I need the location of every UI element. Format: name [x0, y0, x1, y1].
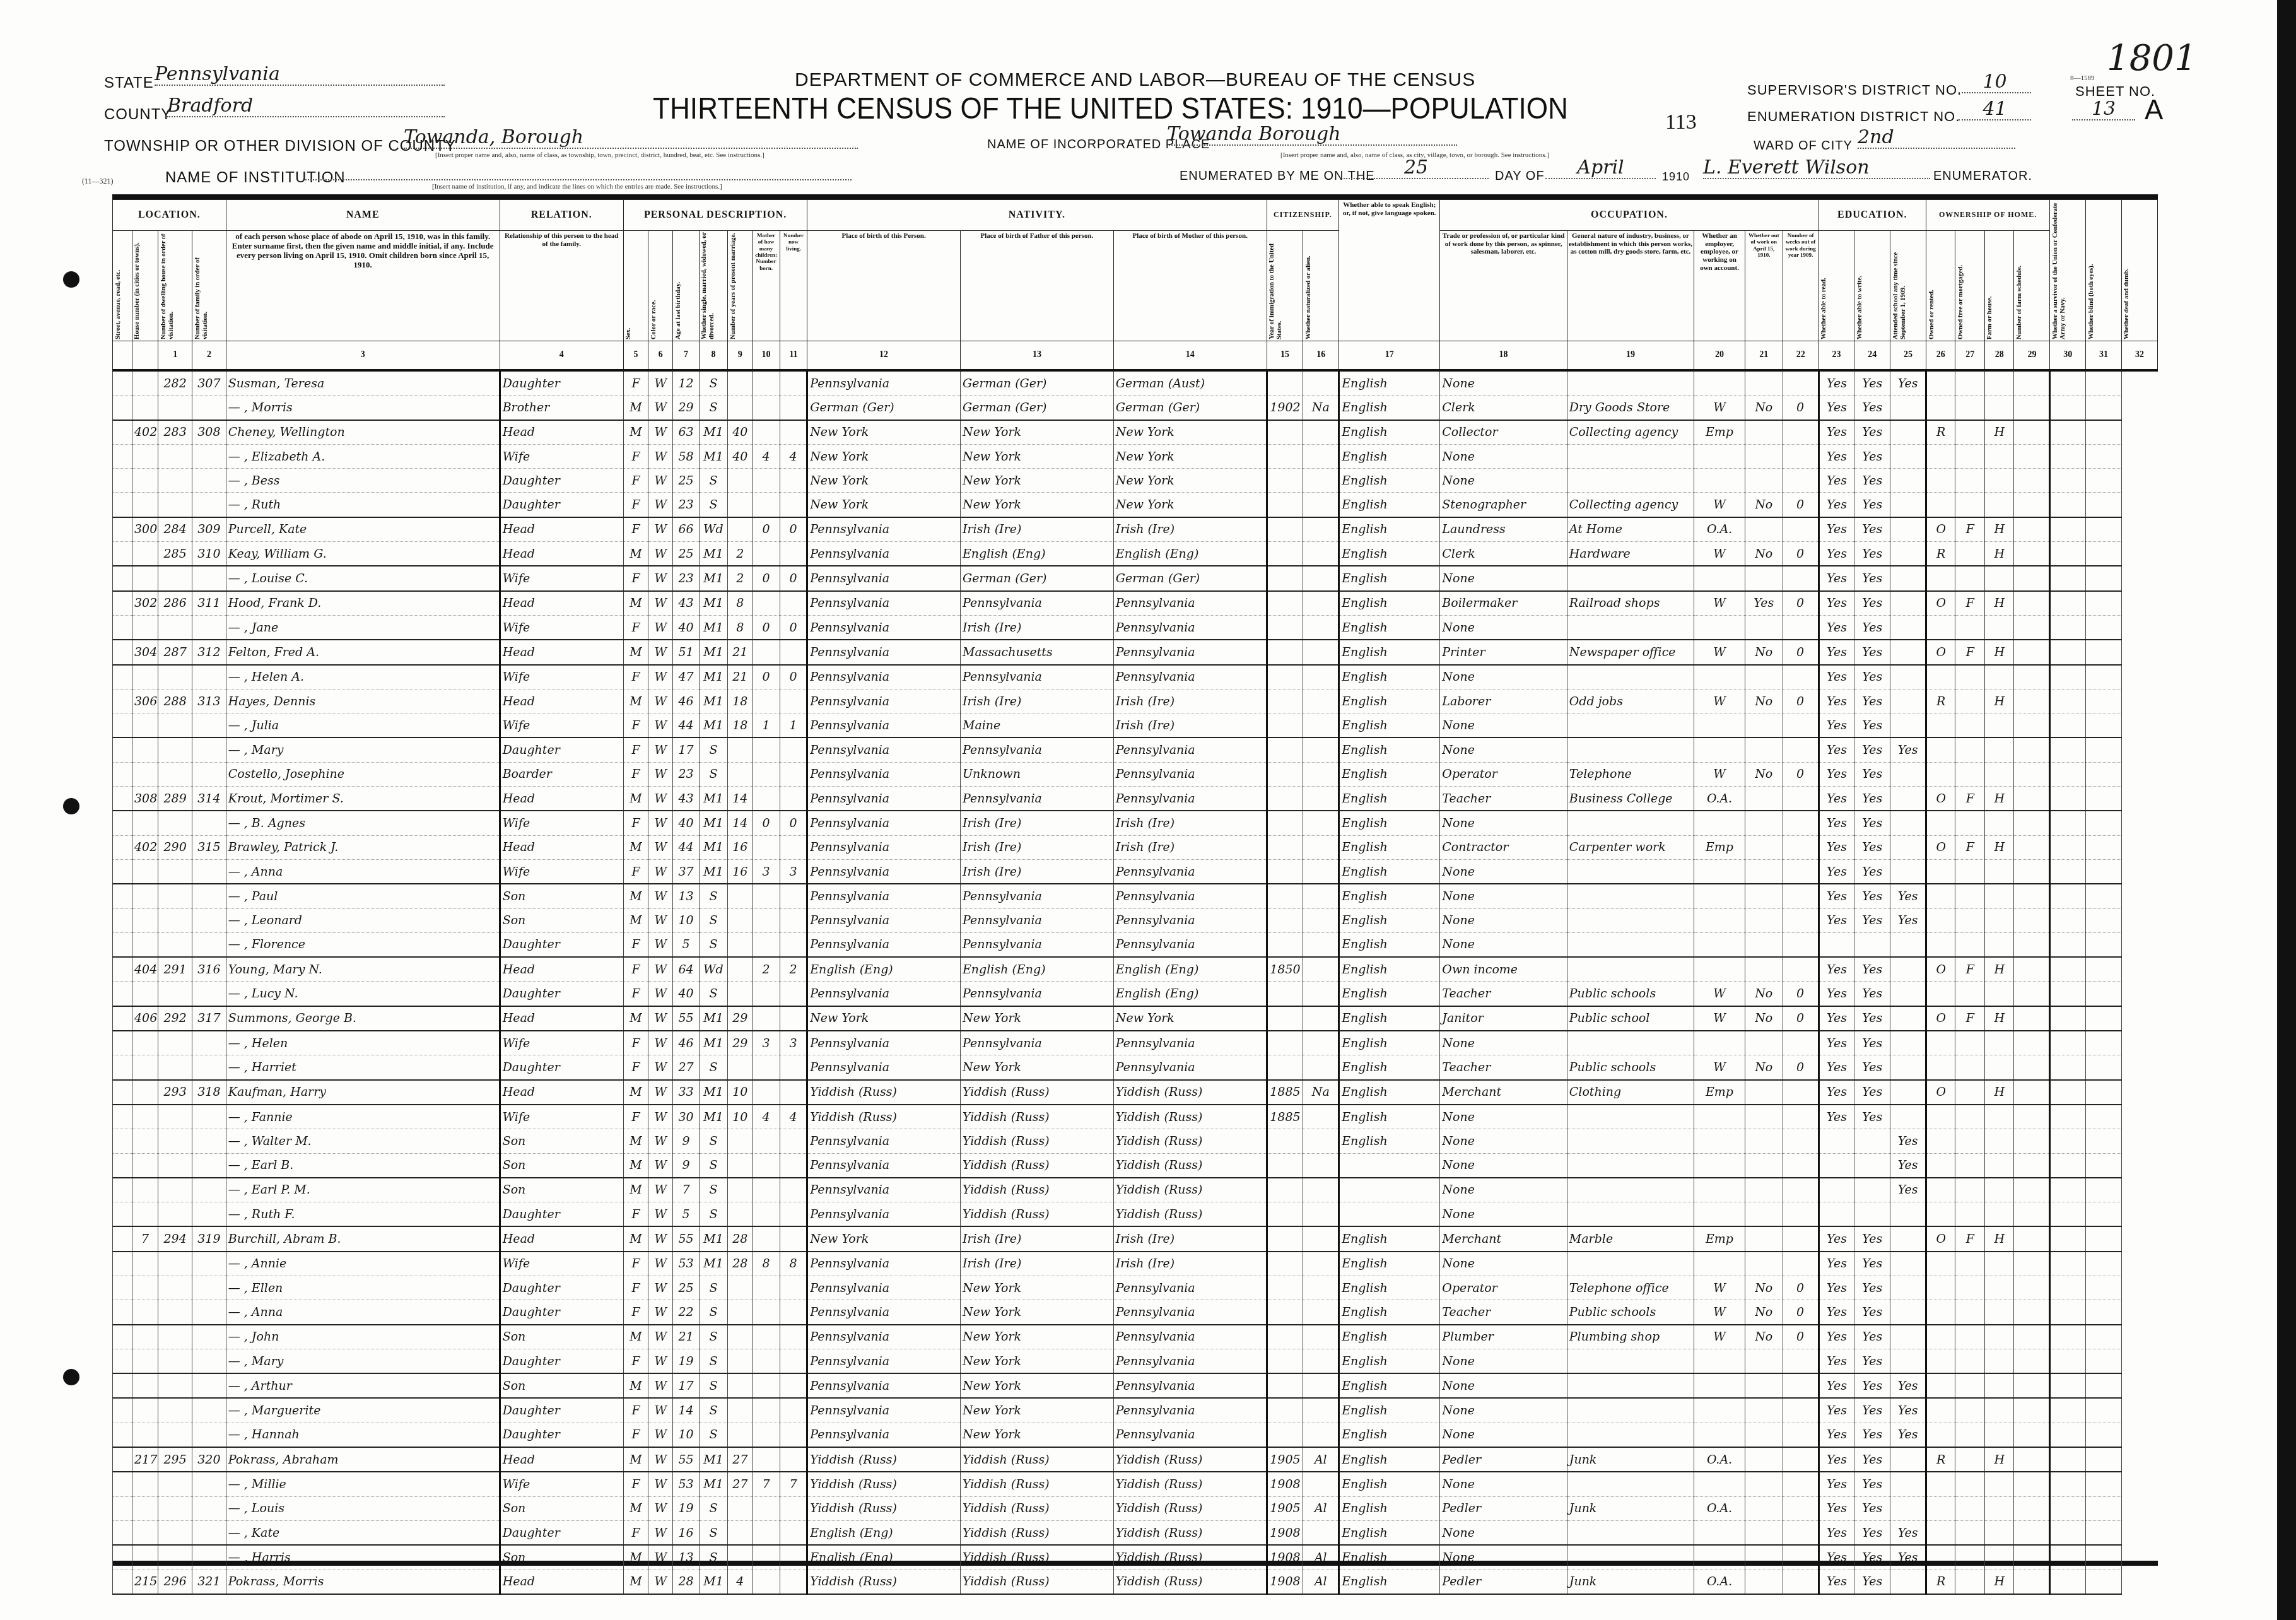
- cell-sex: F: [623, 370, 648, 396]
- cell-own: [1926, 1031, 1955, 1055]
- column-number: 11: [780, 341, 807, 371]
- cell-family: 309: [192, 517, 226, 542]
- cell-rel: Head: [500, 420, 623, 445]
- cell-imm: [1267, 932, 1303, 957]
- cell-industry: [1567, 811, 1694, 835]
- cell-empty: [2086, 493, 2122, 517]
- cell-mort: [1955, 1398, 1984, 1423]
- cell-weeks: [1783, 665, 1819, 690]
- cell-school: [1890, 1080, 1926, 1105]
- cell-empty: [2014, 1178, 2050, 1202]
- cell-write: Yes: [1854, 1031, 1890, 1055]
- cell-empty: [2014, 835, 2050, 859]
- cell-industry: [1567, 957, 1694, 982]
- cell-nat: [1303, 469, 1339, 493]
- col-17-header: Whether able to speak English; or, if no…: [1339, 200, 1440, 341]
- cell-sex: M: [623, 908, 648, 932]
- cell-emp: W: [1694, 1276, 1745, 1300]
- cell-lang: English: [1339, 370, 1440, 396]
- cell-ms: M1: [699, 615, 727, 640]
- cell-imm: [1267, 1252, 1303, 1276]
- cell-yrs: [728, 396, 753, 420]
- cell-imm: 1908: [1267, 1545, 1303, 1570]
- cell-living: 4: [780, 444, 807, 468]
- cell-living: [780, 1496, 807, 1520]
- cell-yrs: [728, 1349, 753, 1373]
- cell-race: W: [648, 1031, 673, 1055]
- cell-industry: [1567, 884, 1694, 908]
- cell-dwelling: 293: [158, 1080, 192, 1105]
- cell-sex: F: [623, 982, 648, 1006]
- cell-sex: M: [623, 1129, 648, 1153]
- cell-weeks: [1783, 1373, 1819, 1398]
- cell-empty: [2050, 859, 2086, 884]
- cell-own: R: [1926, 689, 1955, 713]
- cell-empty: [2086, 591, 2122, 616]
- cell-yrs: 4: [728, 1570, 753, 1594]
- cell-age: 58: [673, 444, 699, 468]
- cell-born: [753, 469, 780, 493]
- cell-empty: [2050, 1570, 2086, 1594]
- cell-nat: [1303, 615, 1339, 640]
- cell-own: [1926, 1545, 1955, 1570]
- cell-family: [192, 713, 226, 738]
- column-number: 24: [1854, 341, 1890, 371]
- cell-born: [753, 1202, 780, 1227]
- cell-imm: [1267, 420, 1303, 445]
- cell-school: [1890, 420, 1926, 445]
- binder-hole: [63, 1369, 79, 1385]
- col-31-header: Whether blind (both eyes).: [2086, 200, 2122, 341]
- cell-weeks: [1783, 420, 1819, 445]
- cell-industry: At Home: [1567, 517, 1694, 542]
- cell-sex: F: [623, 1252, 648, 1276]
- cell-empty: [2086, 689, 2122, 713]
- table-row: 293318Kaufman, HarryHeadMW33M110Yiddish …: [113, 1080, 2158, 1105]
- cell-pobf: Irish (Ire): [961, 517, 1114, 542]
- cell-empty: [2050, 591, 2086, 616]
- col-1-header: Number of dwelling house in order of vis…: [158, 231, 192, 341]
- cell-empty: [113, 1447, 132, 1472]
- cell-dwelling: [158, 444, 192, 468]
- cell-lang: English: [1339, 566, 1440, 590]
- cell-industry: [1567, 1105, 1694, 1129]
- cell-yrs: [728, 957, 753, 982]
- cell-nat: [1303, 1373, 1339, 1398]
- cell-empty: [113, 908, 132, 932]
- cell-pobf: Pennsylvania: [961, 982, 1114, 1006]
- cell-pobf: Pennsylvania: [961, 737, 1114, 762]
- cell-lang: English: [1339, 859, 1440, 884]
- cell-emp: [1694, 469, 1745, 493]
- cell-trade: Collector: [1440, 420, 1567, 445]
- cell-industry: [1567, 1423, 1694, 1447]
- cell-pobm: New York: [1113, 420, 1267, 445]
- cell-age: 5: [673, 932, 699, 957]
- group-ownership: OWNERSHIP OF HOME.: [1926, 200, 2050, 231]
- cell-age: 44: [673, 713, 699, 738]
- cell-nat: [1303, 835, 1339, 859]
- cell-name: — , Earl P. M.: [226, 1178, 500, 1202]
- cell-pobm: New York: [1113, 1006, 1267, 1031]
- cell-house: [132, 908, 158, 932]
- cell-read: [1819, 1178, 1854, 1202]
- cell-empty: [2086, 1153, 2122, 1178]
- institution-note: [Insert name of institution, if any, and…: [432, 183, 722, 191]
- cell-empty: [113, 1055, 132, 1080]
- cell-ms: Wd: [699, 957, 727, 982]
- cell-age: 27: [673, 1055, 699, 1080]
- cell-farm: [1984, 932, 2013, 957]
- cell-pobf: Maine: [961, 713, 1114, 738]
- cell-farm: [1984, 615, 2013, 640]
- table-row: — , EllenDaughterFW25SPennsylvaniaNew Yo…: [113, 1276, 2158, 1300]
- enumerated-day-field: 25: [1344, 156, 1489, 179]
- table-row: — , AnnaWifeFW37M11633PennsylvaniaIrish …: [113, 859, 2158, 884]
- cell-yrs: 10: [728, 1080, 753, 1105]
- column-number: 25: [1890, 341, 1926, 371]
- cell-pobm: Pennsylvania: [1113, 1398, 1267, 1423]
- cell-yrs: 10: [728, 1105, 753, 1129]
- cell-empty: [2050, 1080, 2086, 1105]
- cell-mort: [1955, 1423, 1984, 1447]
- cell-trade: Teacher: [1440, 1055, 1567, 1080]
- cell-empty: [2014, 370, 2050, 396]
- cell-trade: None: [1440, 469, 1567, 493]
- cell-weeks: [1783, 835, 1819, 859]
- cell-farm: H: [1984, 517, 2013, 542]
- cell-rel: Head: [500, 1080, 623, 1105]
- county-label: County: [104, 106, 172, 124]
- cell-pobf: New York: [961, 469, 1114, 493]
- cell-living: 3: [780, 1031, 807, 1055]
- cell-age: 40: [673, 982, 699, 1006]
- column-number: 3: [226, 341, 500, 371]
- cell-lang: English: [1339, 1325, 1440, 1349]
- cell-industry: Junk: [1567, 1496, 1694, 1520]
- cell-out: No: [1745, 689, 1783, 713]
- cell-lang: English: [1339, 787, 1440, 811]
- cell-mort: [1955, 1447, 1984, 1472]
- cell-empty: [2086, 713, 2122, 738]
- cell-empty: [113, 1202, 132, 1227]
- cell-weeks: [1783, 1447, 1819, 1472]
- cell-sex: F: [623, 737, 648, 762]
- cell-school: [1890, 1325, 1926, 1349]
- cell-born: [753, 1129, 780, 1153]
- state-field: Pennsylvania: [155, 63, 445, 86]
- cell-nat: [1303, 859, 1339, 884]
- cell-mort: [1955, 396, 1984, 420]
- cell-lang: [1339, 1153, 1440, 1178]
- cell-empty: [2014, 811, 2050, 835]
- cell-out: [1745, 859, 1783, 884]
- cell-empty: [2014, 689, 2050, 713]
- cell-imm: [1267, 542, 1303, 566]
- cell-pobf: Pennsylvania: [961, 884, 1114, 908]
- cell-born: [753, 689, 780, 713]
- cell-industry: [1567, 1520, 1694, 1545]
- cell-race: W: [648, 1226, 673, 1251]
- cell-trade: Plumber: [1440, 1325, 1567, 1349]
- cell-empty: [2086, 1325, 2122, 1349]
- cell-lang: English: [1339, 1276, 1440, 1300]
- cell-pobm: Pennsylvania: [1113, 1055, 1267, 1080]
- cell-ms: S: [699, 1129, 727, 1153]
- cell-house: 7: [132, 1226, 158, 1251]
- cell-trade: Merchant: [1440, 1226, 1567, 1251]
- cell-farm: [1984, 1300, 2013, 1325]
- cell-age: 25: [673, 1276, 699, 1300]
- cell-out: [1745, 1178, 1783, 1202]
- cell-imm: [1267, 640, 1303, 664]
- cell-empty: [2050, 811, 2086, 835]
- cell-yrs: 2: [728, 542, 753, 566]
- cell-farm: [1984, 1423, 2013, 1447]
- table-row: — , KateDaughterFW16SEnglish (Eng)Yiddis…: [113, 1520, 2158, 1545]
- cell-yrs: 2: [728, 566, 753, 590]
- cell-pobf: Massachusetts: [961, 640, 1114, 664]
- cell-living: [780, 1055, 807, 1080]
- cell-ms: S: [699, 469, 727, 493]
- cell-empty: [2086, 1226, 2122, 1251]
- cell-family: [192, 1496, 226, 1520]
- cell-dwelling: [158, 1349, 192, 1373]
- cell-mort: F: [1955, 787, 1984, 811]
- cell-living: 8: [780, 1252, 807, 1276]
- cell-emp: W: [1694, 689, 1745, 713]
- cell-read: Yes: [1819, 493, 1854, 517]
- cell-own: O: [1926, 957, 1955, 982]
- cell-pob: Pennsylvania: [807, 1373, 961, 1398]
- cell-out: [1745, 1472, 1783, 1496]
- cell-emp: [1694, 1129, 1745, 1153]
- cell-ms: M1: [699, 665, 727, 690]
- cell-born: [753, 1570, 780, 1594]
- cell-rel: Daughter: [500, 1349, 623, 1373]
- cell-empty: [2050, 1006, 2086, 1031]
- cell-farm: H: [1984, 1447, 2013, 1472]
- cell-imm: [1267, 1226, 1303, 1251]
- cell-school: Yes: [1890, 1423, 1926, 1447]
- cell-empty: [2014, 859, 2050, 884]
- cell-living: [780, 1006, 807, 1031]
- cell-ms: S: [699, 1276, 727, 1300]
- cell-empty: [2050, 762, 2086, 786]
- cell-family: [192, 1472, 226, 1496]
- cell-pobf: New York: [961, 1300, 1114, 1325]
- cell-own: [1926, 1055, 1955, 1080]
- cell-empty: [2050, 982, 2086, 1006]
- cell-house: 404: [132, 957, 158, 982]
- cell-out: [1745, 787, 1783, 811]
- cell-name: — , B. Agnes: [226, 811, 500, 835]
- cell-imm: [1267, 444, 1303, 468]
- cell-nat: [1303, 517, 1339, 542]
- cell-read: Yes: [1819, 835, 1854, 859]
- cell-dwelling: [158, 762, 192, 786]
- cell-pobm: Pennsylvania: [1113, 932, 1267, 957]
- cell-rel: Son: [500, 1178, 623, 1202]
- cell-mort: [1955, 1178, 1984, 1202]
- column-number: 6: [648, 341, 673, 371]
- cell-house: [132, 615, 158, 640]
- cell-name: — , Morris: [226, 396, 500, 420]
- cell-ms: Wd: [699, 517, 727, 542]
- cell-school: [1890, 396, 1926, 420]
- scan-edge: [2277, 0, 2296, 1620]
- cell-out: [1745, 1129, 1783, 1153]
- cell-imm: [1267, 1153, 1303, 1178]
- cell-dwelling: [158, 1202, 192, 1227]
- cell-read: Yes: [1819, 469, 1854, 493]
- cell-mort: [1955, 542, 1984, 566]
- cell-rel: Head: [500, 640, 623, 664]
- cell-empty: [2014, 1129, 2050, 1153]
- table-row: — , RuthDaughterFW23SNew YorkNew YorkNew…: [113, 493, 2158, 517]
- cell-dwelling: [158, 1153, 192, 1178]
- cell-pobf: New York: [961, 1325, 1114, 1349]
- cell-rel: Wife: [500, 1252, 623, 1276]
- cell-trade: None: [1440, 1373, 1567, 1398]
- col-21-header: Whether out of work on April 15, 1910.: [1745, 231, 1783, 341]
- table-row: 308289314Krout, Mortimer S.HeadMW43M114P…: [113, 787, 2158, 811]
- cell-pobf: New York: [961, 1055, 1114, 1080]
- month-field: April: [1545, 156, 1656, 179]
- cell-pobm: Irish (Ire): [1113, 689, 1267, 713]
- table-row: 215296321Pokrass, MorrisHeadMW28M14Yiddi…: [113, 1570, 2158, 1594]
- cell-write: Yes: [1854, 884, 1890, 908]
- cell-read: Yes: [1819, 566, 1854, 590]
- cell-age: 55: [673, 1006, 699, 1031]
- cell-school: [1890, 591, 1926, 616]
- cell-out: No: [1745, 640, 1783, 664]
- cell-pobm: Pennsylvania: [1113, 640, 1267, 664]
- cell-emp: W: [1694, 542, 1745, 566]
- cell-school: Yes: [1890, 1545, 1926, 1570]
- cell-pob: Pennsylvania: [807, 1031, 961, 1055]
- cell-mort: [1955, 689, 1984, 713]
- cell-out: [1745, 1252, 1783, 1276]
- cell-emp: [1694, 1105, 1745, 1129]
- table-row: — , JohnSonMW21SPennsylvaniaNew YorkPenn…: [113, 1325, 2158, 1349]
- cell-empty: [2014, 396, 2050, 420]
- cell-imm: 1908: [1267, 1570, 1303, 1594]
- cell-write: Yes: [1854, 1226, 1890, 1251]
- cell-farm: [1984, 859, 2013, 884]
- cell-empty: [113, 542, 132, 566]
- cell-yrs: [728, 1373, 753, 1398]
- cell-read: Yes: [1819, 396, 1854, 420]
- cell-own: [1926, 1105, 1955, 1129]
- cell-own: [1926, 982, 1955, 1006]
- table-row: — , MargueriteDaughterFW14SPennsylvaniaN…: [113, 1398, 2158, 1423]
- cell-sex: F: [623, 713, 648, 738]
- cell-house: [132, 1105, 158, 1129]
- cell-trade: None: [1440, 1349, 1567, 1373]
- cell-empty: [2050, 932, 2086, 957]
- cell-living: [780, 1398, 807, 1423]
- column-number: 14: [1113, 341, 1267, 371]
- cell-living: [780, 1447, 807, 1472]
- cell-pobm: Pennsylvania: [1113, 1423, 1267, 1447]
- cell-age: 5: [673, 1202, 699, 1227]
- cell-weeks: [1783, 737, 1819, 762]
- cell-born: 3: [753, 859, 780, 884]
- column-number: 19: [1567, 341, 1694, 371]
- cell-own: [1926, 737, 1955, 762]
- cell-empty: [2014, 1373, 2050, 1398]
- cell-industry: [1567, 737, 1694, 762]
- cell-read: Yes: [1819, 1496, 1854, 1520]
- cell-trade: None: [1440, 444, 1567, 468]
- cell-school: [1890, 1006, 1926, 1031]
- cell-empty: [2086, 859, 2122, 884]
- cell-empty: [113, 665, 132, 690]
- table-row: — , Elizabeth A.WifeFW58M14044New YorkNe…: [113, 444, 2158, 468]
- cell-weeks: [1783, 713, 1819, 738]
- cell-race: W: [648, 370, 673, 396]
- cell-empty: [113, 932, 132, 957]
- cell-emp: [1694, 1153, 1745, 1178]
- cell-race: W: [648, 1080, 673, 1105]
- cell-write: Yes: [1854, 591, 1890, 616]
- cell-empty: [2014, 1545, 2050, 1570]
- cell-born: 0: [753, 566, 780, 590]
- cell-school: [1890, 957, 1926, 982]
- cell-pobf: Yiddish (Russ): [961, 1080, 1114, 1105]
- cell-race: W: [648, 566, 673, 590]
- cell-mort: [1955, 1373, 1984, 1398]
- cell-farm: [1984, 1496, 2013, 1520]
- cell-empty: [113, 811, 132, 835]
- cell-school: [1890, 542, 1926, 566]
- cell-weeks: [1783, 1496, 1819, 1520]
- cell-empty: [2014, 1105, 2050, 1129]
- cell-lang: English: [1339, 1349, 1440, 1373]
- cell-empty: [2014, 762, 2050, 786]
- cell-pobf: Yiddish (Russ): [961, 1202, 1114, 1227]
- cell-pob: Pennsylvania: [807, 811, 961, 835]
- cell-own: [1926, 762, 1955, 786]
- cell-school: [1890, 1105, 1926, 1129]
- cell-name: — , Hannah: [226, 1423, 500, 1447]
- cell-pob: Yiddish (Russ): [807, 1570, 961, 1594]
- cell-pobm: German (Ger): [1113, 566, 1267, 590]
- census-table: LOCATION. NAME RELATION. PERSONAL DESCRI…: [112, 199, 2158, 1595]
- cell-farm: [1984, 737, 2013, 762]
- cell-living: 4: [780, 1105, 807, 1129]
- cell-dwelling: [158, 493, 192, 517]
- cell-race: W: [648, 1178, 673, 1202]
- cell-house: [132, 542, 158, 566]
- cell-empty: [2086, 1129, 2122, 1153]
- cell-write: Yes: [1854, 517, 1890, 542]
- cell-empty: [2014, 884, 2050, 908]
- cell-living: [780, 737, 807, 762]
- cell-nat: [1303, 493, 1339, 517]
- cell-living: 0: [780, 665, 807, 690]
- cell-industry: Hardware: [1567, 542, 1694, 566]
- cell-nat: [1303, 1252, 1339, 1276]
- cell-house: 402: [132, 420, 158, 445]
- cell-age: 55: [673, 1447, 699, 1472]
- cell-lang: English: [1339, 1031, 1440, 1055]
- cell-imm: 1850: [1267, 957, 1303, 982]
- sheet-side: A: [2145, 95, 2163, 126]
- cell-yrs: [728, 908, 753, 932]
- cell-emp: Emp: [1694, 1226, 1745, 1251]
